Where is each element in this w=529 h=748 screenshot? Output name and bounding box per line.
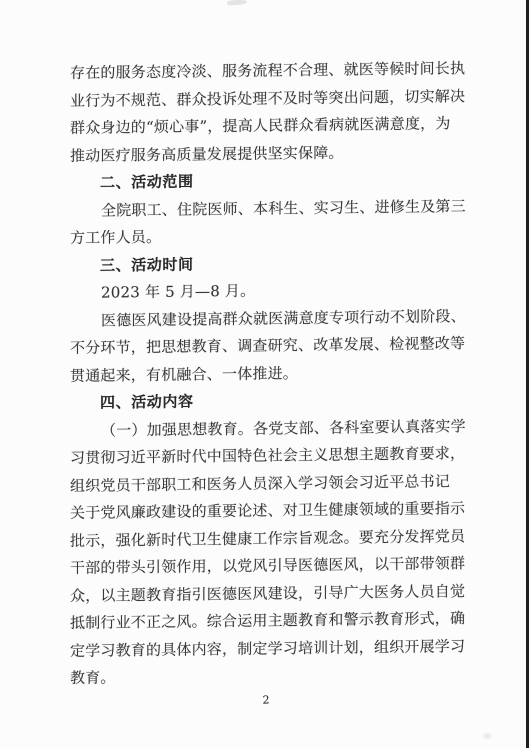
text-line: 教育。 xyxy=(70,660,462,692)
document-text-block: 存在的服务态度冷淡、服务流程不合理、就医等候时间长执业行为不规范、群众投诉处理不… xyxy=(70,55,462,708)
text-line: 全院职工、住院医师、本科生、实习生、进修生及第三 xyxy=(70,193,462,225)
text-line: 不分环节，把思想教育、调查研究、改革发展、检视整改等 xyxy=(70,330,462,362)
text-line: 抵制行业不正之风。综合运用主题教育和警示教育形式，确 xyxy=(70,605,462,637)
document-lines: 存在的服务态度冷淡、服务流程不合理、就医等候时间长执业行为不规范、群众投诉处理不… xyxy=(70,55,462,692)
text-line: 存在的服务态度冷淡、服务流程不合理、就医等候时间长执 xyxy=(70,55,462,87)
text-line: 习贯彻习近平新时代中国特色社会主义思想主题教育要求， xyxy=(70,440,462,472)
page-number: 2 xyxy=(70,691,462,709)
text-line: 关于党风廉政建设的重要论述、对卫生健康领域的重要指示 xyxy=(70,495,462,527)
text-line: 定学习教育的具体内容，制定学习培训计划，组织开展学习 xyxy=(70,633,462,665)
scan-smudge-top xyxy=(227,0,247,6)
scan-smudge-bottom-right xyxy=(483,733,492,739)
text-line: 干部的带头引领作用，以党风引导医德医风，以干部带领群 xyxy=(70,550,462,582)
text-line: 群众身边的“烦心事”，提高人民群众看病就医满意度，为 xyxy=(70,110,462,142)
scanned-document-page: { "page": { "background": "#fcfcfd", "te… xyxy=(0,0,529,748)
